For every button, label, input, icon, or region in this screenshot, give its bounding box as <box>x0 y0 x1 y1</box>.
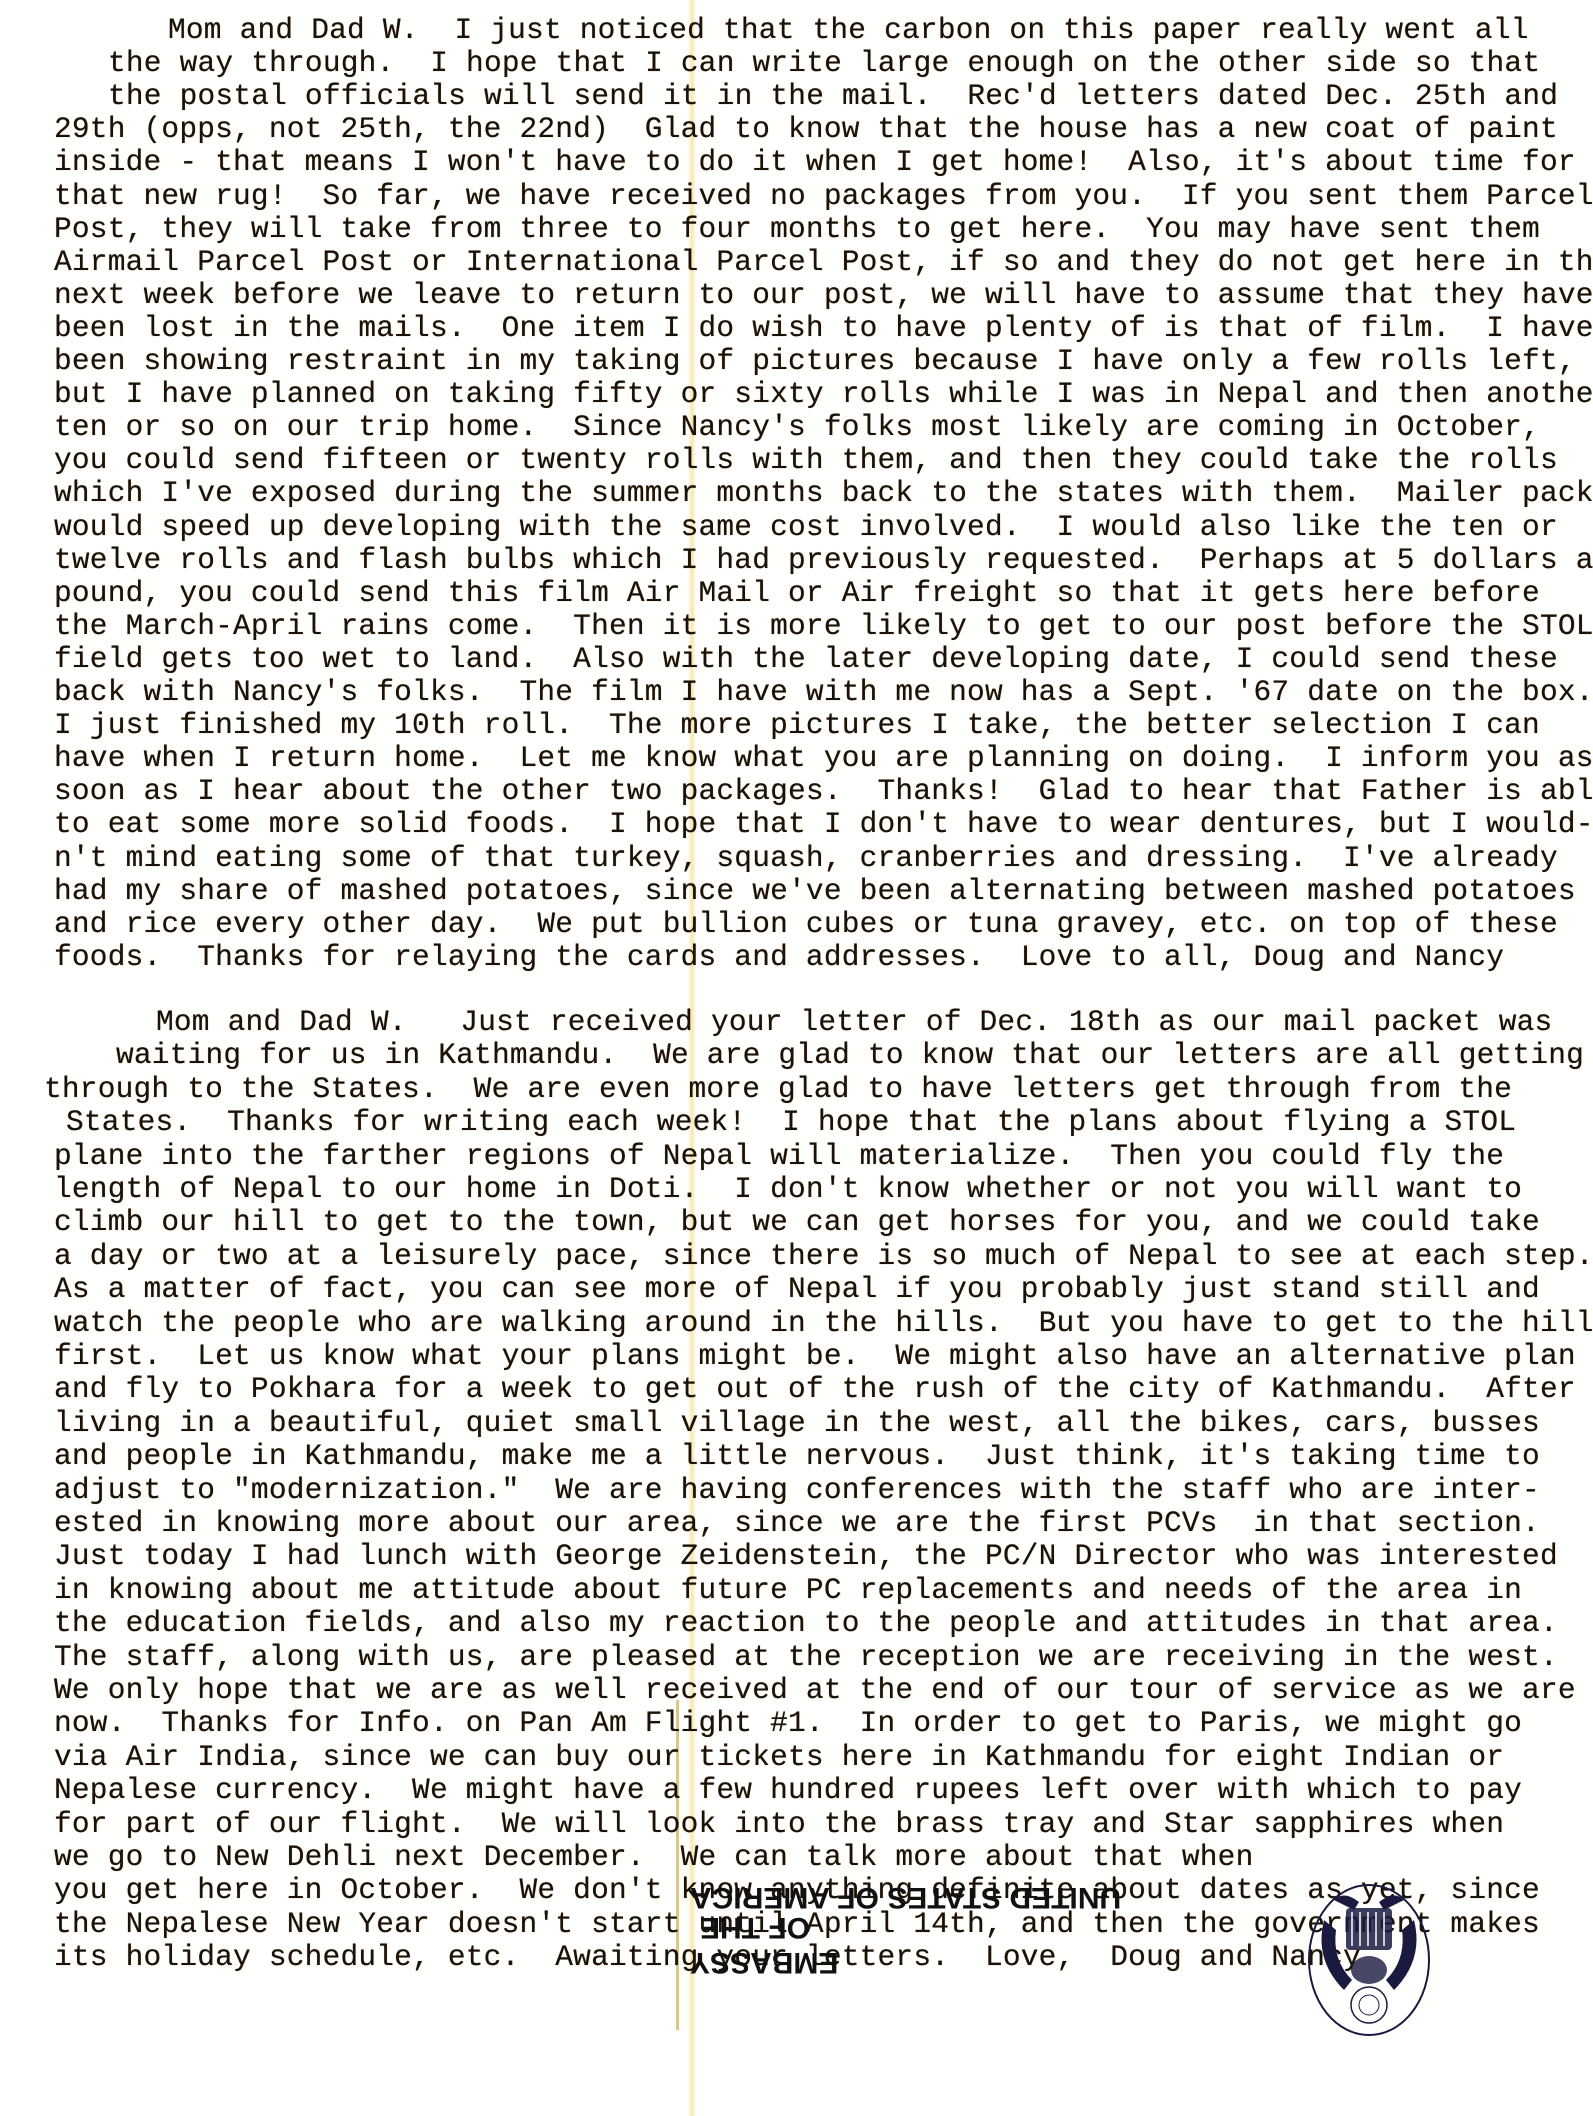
typed-line: and fly to Pokhara for a week to get out… <box>54 1373 1576 1405</box>
embassy-seal-icon <box>1304 1880 1434 2040</box>
typed-line: back with Nancy's folks. The film I have… <box>54 676 1593 708</box>
typed-line: Mom and Dad W. Just received your letter… <box>156 1006 1552 1038</box>
typed-line: We only hope that we are as well receive… <box>54 1674 1576 1706</box>
typed-line: living in a beautiful, quiet small villa… <box>54 1407 1540 1439</box>
typed-line: you could send fifteen or twenty rolls w… <box>54 444 1558 476</box>
typed-line: that new rug! So far, we have received n… <box>54 180 1593 212</box>
letter-page: Mom and Dad W. I just noticed that the c… <box>0 0 1593 2116</box>
typed-line: Post, they will take from three to four … <box>54 213 1540 245</box>
typed-line: for part of our flight. We will look int… <box>54 1808 1504 1840</box>
typed-line: adjust to "modernization." We are having… <box>54 1474 1540 1506</box>
typed-line: twelve rolls and flash bulbs which I had… <box>54 544 1593 576</box>
typed-line: n't mind eating some of that turkey, squ… <box>54 842 1558 874</box>
typed-line: States. Thanks for writing each week! I … <box>66 1106 1516 1138</box>
typed-line: through to the States. We are even more … <box>44 1073 1512 1105</box>
typed-line: and people in Kathmandu, make me a littl… <box>54 1440 1540 1472</box>
typed-line: would speed up developing with the same … <box>54 511 1558 543</box>
typed-line: field gets too wet to land. Also with th… <box>54 643 1558 675</box>
typed-line: length of Nepal to our home in Doti. I d… <box>54 1173 1522 1205</box>
typed-line: now. Thanks for Info. on Pan Am Flight #… <box>54 1707 1522 1739</box>
typed-line: climb our hill to get to the town, but w… <box>54 1206 1540 1238</box>
typed-line: been lost in the mails. One item I do wi… <box>54 312 1593 344</box>
typed-line: plane into the farther regions of Nepal … <box>54 1140 1504 1172</box>
typed-line: Just today I had lunch with George Zeide… <box>54 1540 1558 1572</box>
typed-line: Mom and Dad W. I just noticed that the c… <box>168 14 1529 46</box>
typed-line: the way through. I hope that I can write… <box>108 47 1540 79</box>
typed-line: via Air India, since we can buy our tick… <box>54 1741 1504 1773</box>
typed-line: a day or two at a leisurely pace, since … <box>54 1240 1593 1272</box>
typed-line: watch the people who are walking around … <box>54 1307 1593 1339</box>
typed-line: the education fields, and also my reacti… <box>54 1607 1558 1639</box>
typed-line: in knowing about me attitude about futur… <box>54 1574 1522 1606</box>
typed-line: I just finished my 10th roll. The more p… <box>54 709 1540 741</box>
typed-line: foods. Thanks for relaying the cards and… <box>54 941 1504 973</box>
typed-line: ten or so on our trip home. Since Nancy'… <box>54 411 1540 443</box>
typed-line: Nepalese currency. We might have a few h… <box>54 1774 1522 1806</box>
typed-line: we go to New Dehli next December. We can… <box>54 1841 1254 1873</box>
letterhead-bleed-line-1: UNITED STATES OF AMERICA <box>690 1880 1121 1914</box>
typed-line: the March-April rains come. Then it is m… <box>54 610 1593 642</box>
typed-line: 29th (opps, not 25th, the 22nd) Glad to … <box>54 113 1558 145</box>
typed-line: which I've exposed during the summer mon… <box>54 477 1593 509</box>
typed-line: to eat some more solid foods. I hope tha… <box>54 808 1593 840</box>
typed-line: waiting for us in Kathmandu. We are glad… <box>116 1039 1584 1071</box>
typed-line: inside - that means I won't have to do i… <box>54 146 1576 178</box>
typed-line: first. Let us know what your plans might… <box>54 1340 1576 1372</box>
typed-line: The staff, along with us, are pleased at… <box>54 1641 1558 1673</box>
typed-line: been showing restraint in my taking of p… <box>54 345 1576 377</box>
typed-line: and rice every other day. We put bullion… <box>54 908 1558 940</box>
typed-line: next week before we leave to return to o… <box>54 279 1593 311</box>
typed-line: the postal officials will send it in the… <box>108 80 1558 112</box>
typed-line: but I have planned on taking fifty or si… <box>54 378 1593 410</box>
letterhead-bleed-line-3: EMBASSY <box>690 1945 838 1979</box>
typed-line: had my share of mashed potatoes, since w… <box>54 875 1576 907</box>
typed-line: ested in knowing more about our area, si… <box>54 1507 1540 1539</box>
typed-line: pound, you could send this film Air Mail… <box>54 577 1540 609</box>
letterhead-bleed-line-2: OF THE <box>700 1910 810 1944</box>
typed-line: As a matter of fact, you can see more of… <box>54 1273 1540 1305</box>
typed-line: soon as I hear about the other two packa… <box>54 775 1593 807</box>
typed-line: Airmail Parcel Post or International Par… <box>54 246 1593 278</box>
typed-line: have when I return home. Let me know wha… <box>54 742 1593 774</box>
